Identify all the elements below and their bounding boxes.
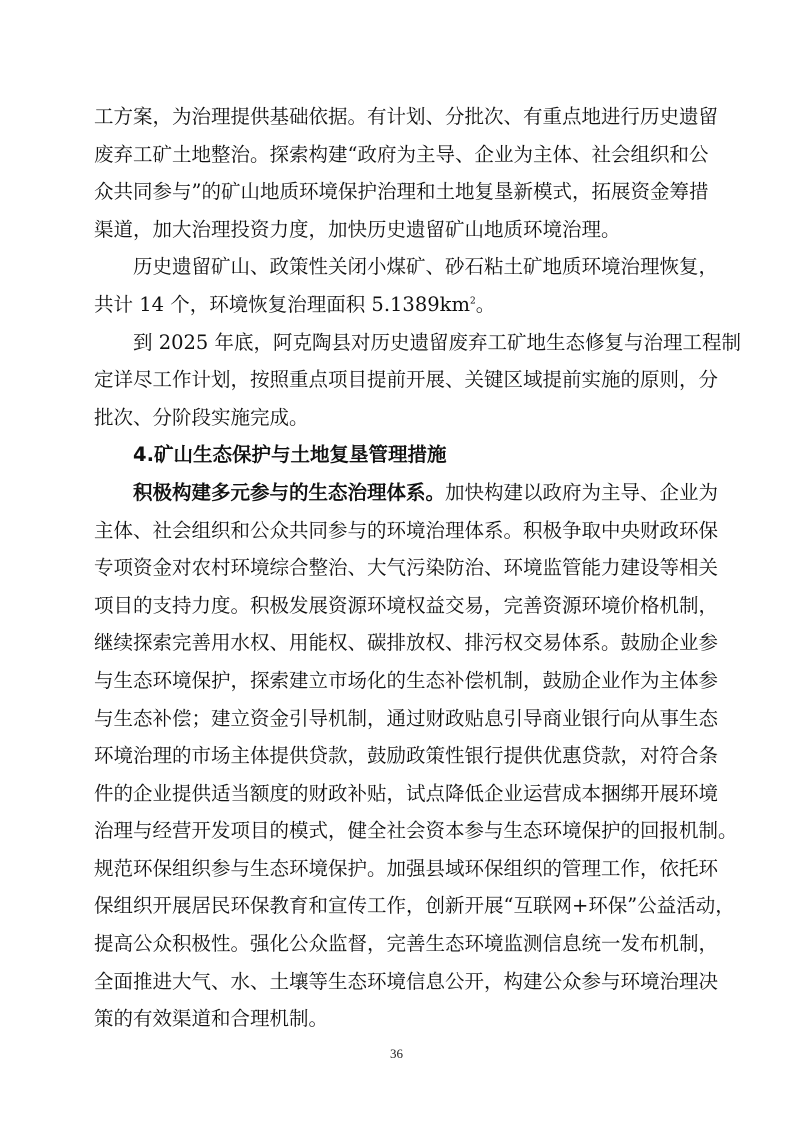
text-line: 规范环保组织参与生态环境保护。加强县域环保组织的管理工作，依托环 (94, 850, 702, 888)
document-page: 工方案，为治理提供基础依据。有计划、分批次、有重点地进行历史遗留 废弃工矿土地整… (94, 98, 702, 1038)
first-line-rest: 加快构建以政府为主导、企业为 (445, 481, 718, 504)
page-number: 36 (0, 1046, 793, 1062)
bold-lead-sentence: 积极构建多元参与的生态治理体系。 (133, 481, 445, 504)
text-line: 废弃工矿土地整治。探索构建“政府为主导、企业为主体、社会组织和公 (94, 136, 702, 174)
text-line: 主体、社会组织和公众共同参与的环境治理体系。积极争取中央财政环保 (94, 512, 702, 550)
text-line: 到 2025 年底，阿克陶县对历史遗留废弃工矿地生态修复与治理工程制 (94, 324, 702, 362)
text-line: 渠道，加大治理投资力度，加快历史遗留矿山地质环境治理。 (94, 211, 702, 249)
text-line: 历史遗留矿山、政策性关闭小煤矿、砂石粘土矿地质环境治理恢复， (94, 248, 702, 286)
text-line: 积极构建多元参与的生态治理体系。加快构建以政府为主导、企业为 (94, 474, 702, 512)
text-line: 保组织开展居民环保教育和宣传工作，创新开展“互联网+环保”公益活动， (94, 887, 702, 925)
text-line: 项目的支持力度。积极发展资源环境权益交易，完善资源环境价格机制， (94, 587, 702, 625)
text-line: 共计 14 个，环境恢复治理面积 5.1389km2。 (94, 286, 702, 324)
text-line: 工方案，为治理提供基础依据。有计划、分批次、有重点地进行历史遗留 (94, 98, 702, 136)
text-line: 继续探索完善用水权、用能权、碳排放权、排污权交易体系。鼓励企业参 (94, 624, 702, 662)
paragraph-project-planning: 工方案，为治理提供基础依据。有计划、分批次、有重点地进行历史遗留 废弃工矿土地整… (94, 98, 702, 248)
paragraph-2025-plan: 到 2025 年底，阿克陶县对历史遗留废弃工矿地生态修复与治理工程制 定详尽工作… (94, 324, 702, 437)
text-line: 定详尽工作计划，按照重点项目提前开展、关键区域提前实施的原则，分 (94, 361, 702, 399)
text-line: 与生态补偿；建立资金引导机制，通过财政贴息引导商业银行向从事生态 (94, 700, 702, 738)
text-line: 件的企业提供适当额度的财政补贴，试点降低企业运营成本捆绑开展环境 (94, 775, 702, 813)
end-punctuation: 。 (476, 293, 496, 316)
text-line: 批次、分阶段实施完成。 (94, 399, 702, 437)
section-heading: 4.矿山生态保护与土地复垦管理措施 (94, 436, 702, 474)
text-line: 众共同参与”的矿山地质环境保护治理和土地复垦新模式，拓展资金筹措 (94, 173, 702, 211)
text-line: 环境治理的市场主体提供贷款，鼓励政策性银行提供优惠贷款，对符合条 (94, 737, 702, 775)
text-line: 全面推进大气、水、土壤等生态环境信息公开，构建公众参与环境治理决 (94, 963, 702, 1001)
restoration-area-text: 共计 14 个，环境恢复治理面积 5.1389km (94, 293, 470, 316)
text-line: 提高公众积极性。强化公众监督，完善生态环境监测信息统一发布机制， (94, 925, 702, 963)
text-line: 与生态环境保护，探索建立市场化的生态补偿机制，鼓励企业作为主体参 (94, 662, 702, 700)
text-line: 治理与经营开发项目的模式，健全社会资本参与生态环境保护的回报机制。 (94, 812, 702, 850)
paragraph-restoration-stats: 历史遗留矿山、政策性关闭小煤矿、砂石粘土矿地质环境治理恢复， 共计 14 个，环… (94, 248, 702, 323)
text-line: 策的有效渠道和合理机制。 (94, 1000, 702, 1038)
paragraph-governance-system: 积极构建多元参与的生态治理体系。加快构建以政府为主导、企业为 主体、社会组织和公… (94, 474, 702, 1038)
text-line: 专项资金对农村环境综合整治、大气污染防治、环境监管能力建设等相关 (94, 549, 702, 587)
